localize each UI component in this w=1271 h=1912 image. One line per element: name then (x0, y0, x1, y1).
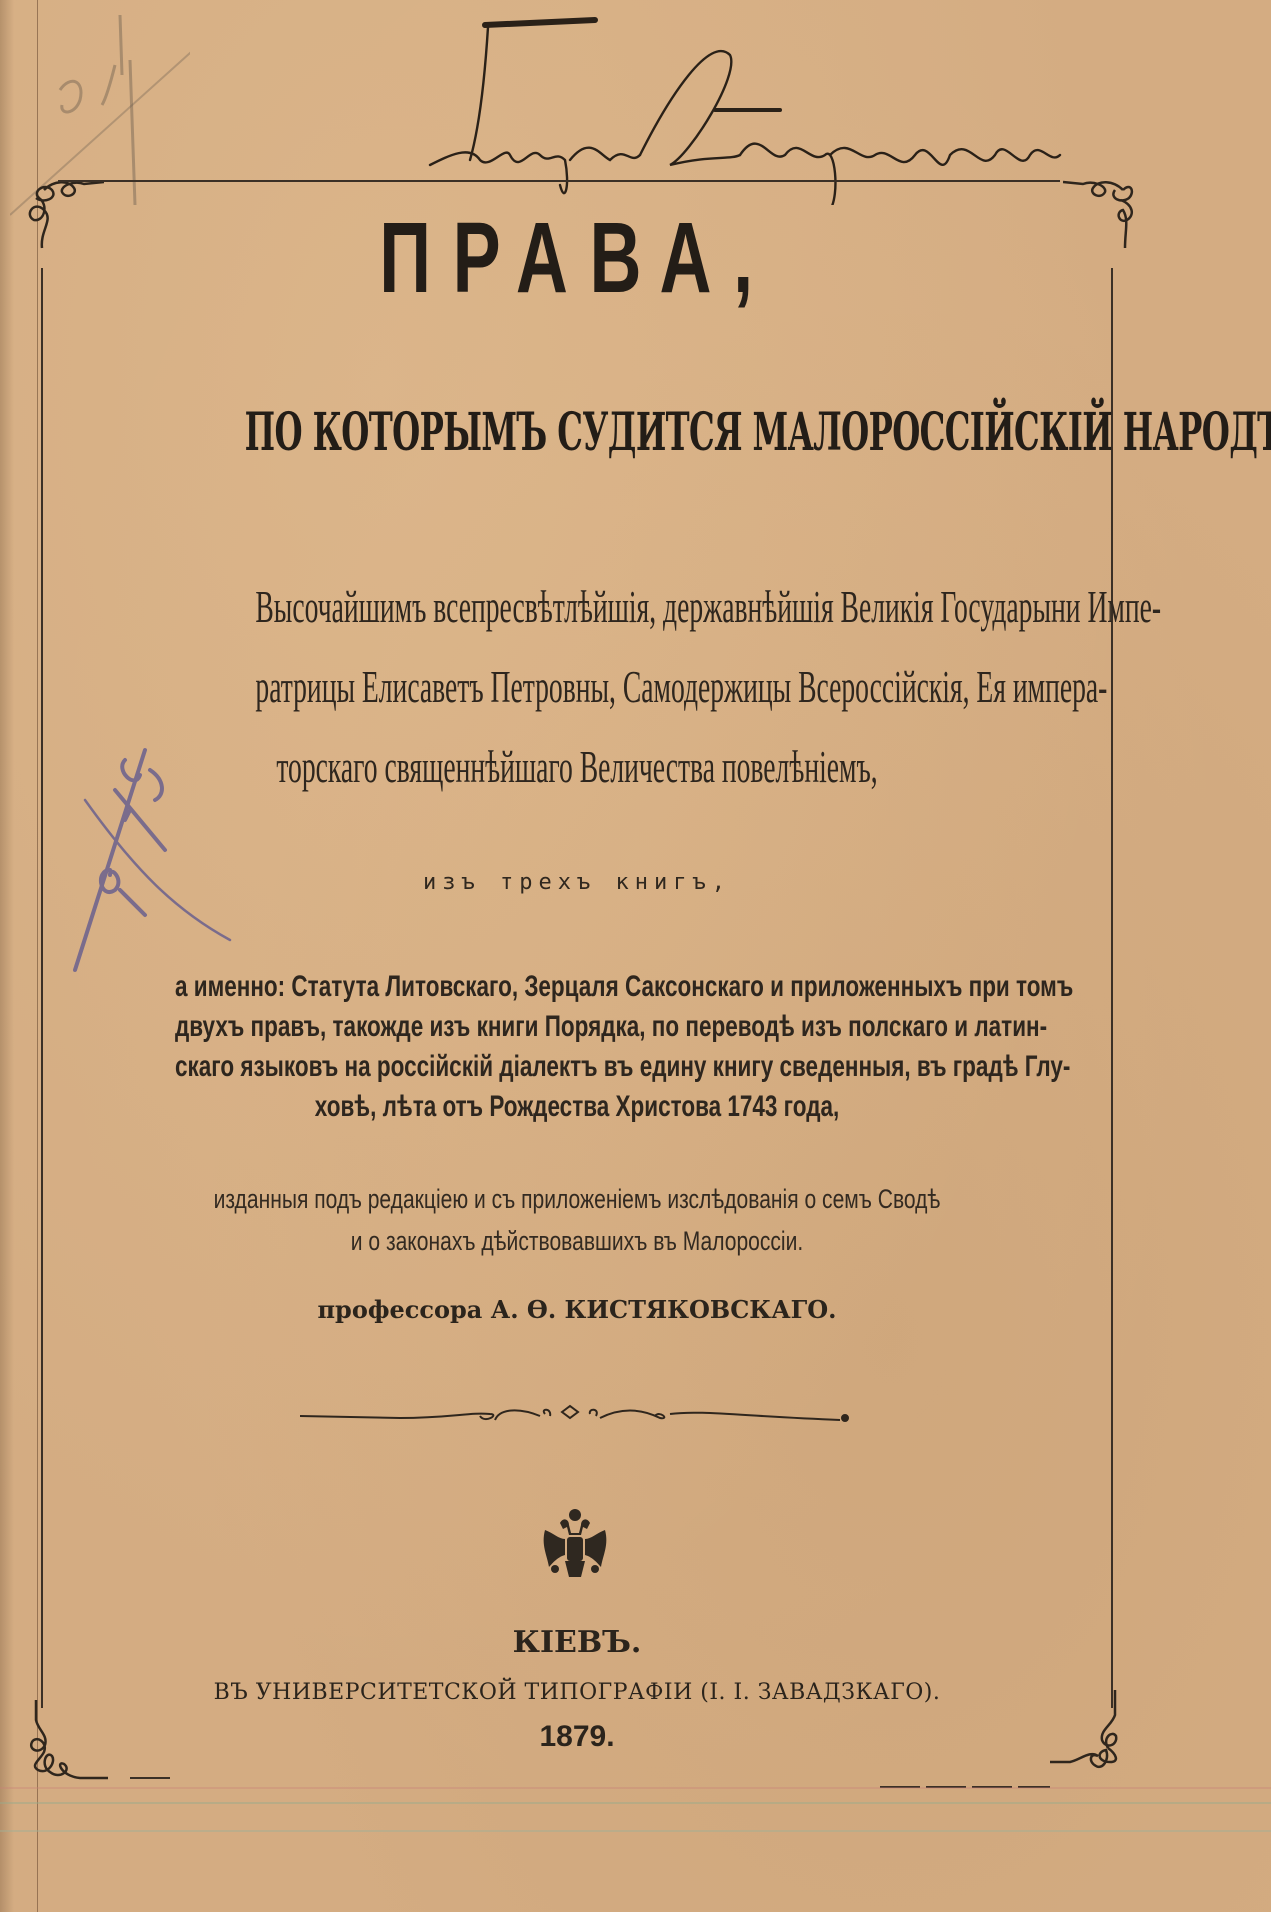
decree-line: торскаго священнѣйшаго Величества повелѣ… (255, 727, 898, 807)
sources-paragraph: а именно: Статута Литовскаго, Зерцаля Са… (175, 967, 979, 1127)
page-title: ПРАВА, (191, 208, 963, 308)
books-line: изъ трехъ книгъ, (41, 870, 1113, 895)
pencil-ruled-line (0, 1830, 1271, 1832)
shelf-mark-annotation (55, 740, 235, 980)
frame-border-top (58, 180, 1060, 182)
subtitle: ПО КОТОРЫМЪ СУДИТСЯ МАЛОРОССІЙСКІЙ НАРОД… (245, 407, 910, 459)
pencil-ruled-line (0, 1802, 1271, 1804)
corner-ornament-top-left (14, 160, 104, 250)
decree-line: ратрицы Елисаветъ Петровны, Самодержицы … (255, 647, 898, 727)
frame-border-left (41, 268, 43, 1708)
author-line: профессора А. Ѳ. КИСТЯКОВСКАГО. (41, 1295, 1113, 1324)
page-spine-shadow (0, 0, 14, 1912)
sources-line: ховѣ, лѣта отъ Рождества Христова 1743 г… (175, 1087, 979, 1127)
sources-line: двухъ правъ, такожде изъ книги Порядка, … (175, 1007, 979, 1047)
corner-ornament-top-right (1063, 160, 1153, 250)
sources-line: скаго языковъ на россійскій діалектъ въ … (175, 1047, 979, 1087)
imprint-city: КІЕВЪ. (41, 1625, 1113, 1660)
decree-text: Высочайшимъ всепресвѣтлѣйшія, державнѣйш… (255, 567, 898, 807)
sources-line: а именно: Статута Литовскаго, Зерцаля Са… (175, 967, 979, 1007)
edition-line: изданныя подъ редакціею и съ приложеніем… (159, 1178, 995, 1220)
imprint-printer: ВЪ УНИВЕРСИТЕТСКОЙ ТИПОГРАФІИ (І. І. ЗАВ… (41, 1680, 1113, 1705)
imprint-year: 1879. (41, 1720, 1113, 1754)
edition-line: и о законахъ дѣйствовавшихъ въ Малороссі… (159, 1220, 995, 1262)
page-fold-line (37, 0, 38, 1912)
frame-border-right (1111, 268, 1113, 1708)
decree-line: Высочайшимъ всепресвѣтлѣйшія, державнѣйш… (255, 567, 898, 647)
pencil-ruled-line (0, 1787, 1271, 1789)
edition-note: изданныя подъ редакціею и съ приложеніем… (159, 1178, 995, 1262)
frame-border-bottom-left-segment (130, 1777, 170, 1779)
flourish-divider-ornament (300, 1400, 860, 1430)
double-headed-eagle-emblem (535, 1505, 615, 1585)
